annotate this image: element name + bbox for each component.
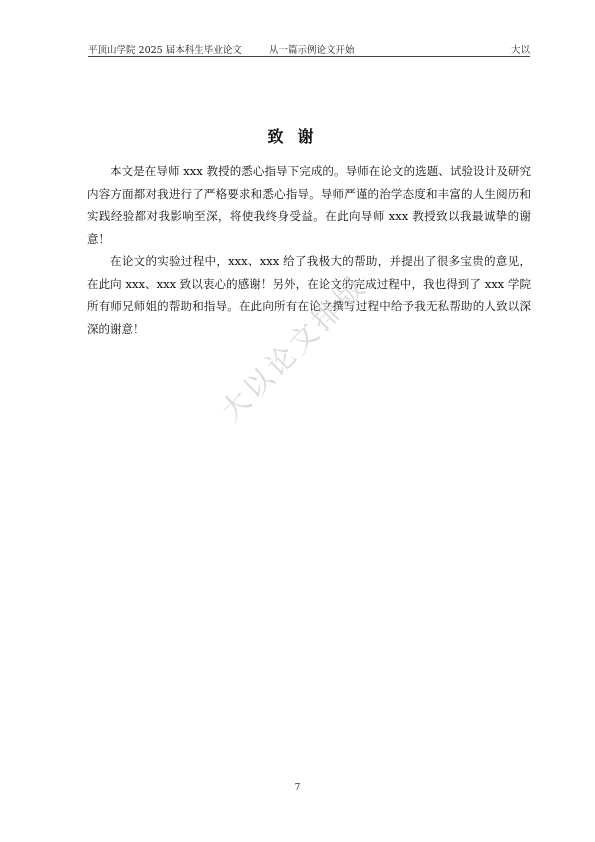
section-title: 致谢 [0, 124, 595, 147]
header-left: 平顶山学院 2025 届本科生毕业论文 [88, 42, 242, 56]
header-right: 大以 [511, 42, 530, 56]
header-center: 从一篇示例论文开始 [269, 42, 355, 56]
page-header: 平顶山学院 2025 届本科生毕业论文 从一篇示例论文开始 大以 [88, 40, 530, 57]
paragraph: 本文是在导师 xxx 教授的悉心指导下完成的。导师在论文的选题、试验设计及研究内… [87, 160, 531, 250]
page-number: 7 [0, 783, 595, 793]
